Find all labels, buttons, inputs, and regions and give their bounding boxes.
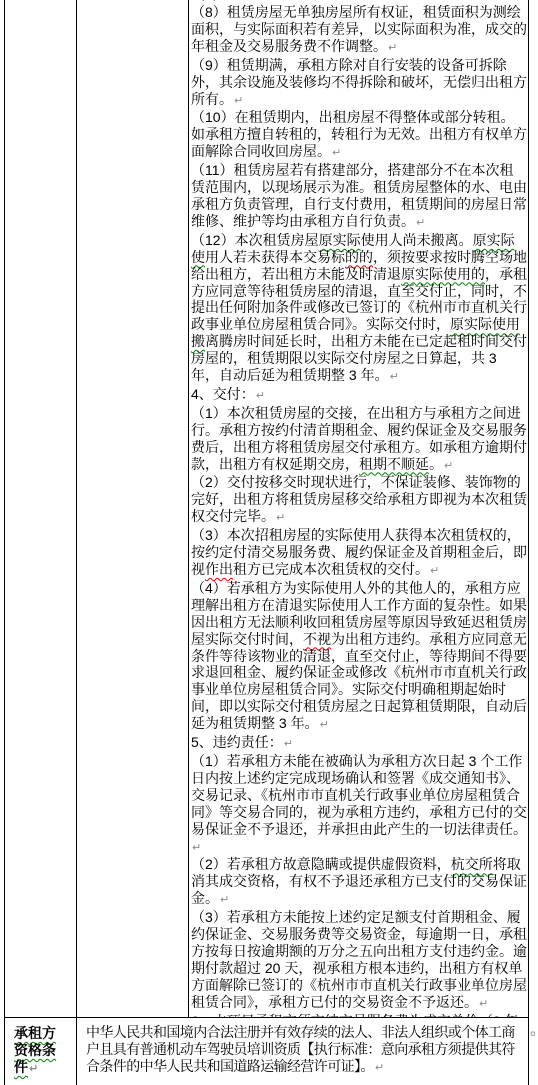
paragraph-mark-icon: ↵ xyxy=(255,390,265,402)
lease-terms-row: （7）…… （8）租赁房屋无单独房屋所有权证，租赁面积为测绘面积，与实际面积若有… xyxy=(5,0,528,1017)
clause-paragraph: （4）若承租方为实际使用人外的其他人的，承租方应理解出租方在清退实际使用人工作方… xyxy=(191,580,527,734)
clause-paragraph: （11）租赁房屋若有搭建部分，搭建部分不在本次租赁范围内，以现场展示为准。租赁房… xyxy=(191,162,527,232)
clause-text: 使用人尚未搬离。 xyxy=(361,232,473,248)
clause-text: （2）若承租方故意隐瞒或提供虚假资料， xyxy=(191,856,451,872)
paragraph-mark-icon: ↵ xyxy=(429,565,439,577)
paragraph-mark-icon: ↵ xyxy=(374,1062,384,1074)
spellcheck-green-text: 杭交所 xyxy=(451,856,493,872)
clause-text: 5、违约责任： xyxy=(191,734,283,750)
clause-text: （2）交付按移交时现状进行，不保证装修、装饰物的完好，出租方将租赁房屋移交给承租… xyxy=(191,474,527,524)
clause-paragraph: （3）本次招租房屋的实际使用人获得本次租赁权的，按约定付清交易服务费、履约保证金… xyxy=(191,527,527,580)
contract-table: （7）…… （8）租赁房屋无单独房屋所有权证，租赁面积为测绘面积，与实际面积若有… xyxy=(4,0,529,1085)
paragraph-mark-icon: ↵ xyxy=(28,1063,38,1075)
spellcheck-green-text: 原实际 xyxy=(319,232,361,248)
clause-text: 租方已完成本次租赁权的交付。 xyxy=(233,561,429,577)
paragraph-mark-icon: ↵ xyxy=(319,719,329,731)
clause-text: 中华人民共和国境内合法注册并有效存续的法人、非法人组织或个体工商户且具有普通机动… xyxy=(86,1024,515,1074)
clause-text: 。 xyxy=(429,456,443,472)
paragraph-mark-icon: ↵ xyxy=(275,512,285,524)
clause-text: 离腾房时间延长时，出租方未能在已定起租时间交付房屋的，租赁期限以实际交付房屋之日… xyxy=(191,333,527,383)
paragraph-mark-icon: ↵ xyxy=(191,842,201,854)
qualification-text: 中华人民共和国境内合法注册并有效存续的法人、非法人组织或个体工商户且具有普通机动… xyxy=(77,1018,528,1085)
clause-paragraph: （2）交付按移交时现状进行，不保证装修、装饰物的完好，出租方将租赁房屋移交给承租… xyxy=(191,474,527,527)
paragraph-mark-icon: ↵ xyxy=(387,42,397,54)
row-end-mark-icon: ¤ xyxy=(530,1030,536,1040)
clause-paragraph: 5、违约责任：↵ xyxy=(191,734,527,753)
paragraph-mark-icon: ↵ xyxy=(478,998,488,1010)
qualification-requirement-text: 中华人民共和国境内合法注册并有效存续的法人、非法人组织或个体工商户且具有普通机动… xyxy=(86,1024,523,1077)
paragraph-mark-icon: ↵ xyxy=(233,95,243,107)
clause-text: 4、交付： xyxy=(191,386,255,402)
paragraph-mark-icon: ↵ xyxy=(389,371,399,383)
paragraph-mark-icon: ↵ xyxy=(283,738,293,750)
qualification-row: 承租方资格条件↵ 中华人民共和国境内合法注册并有效存续的法人、非法人组织或个体工… xyxy=(5,1017,528,1085)
clause-text: 用人若未获得本交易标 xyxy=(205,249,345,265)
lease-terms-cell: （7）…… （8）租赁房屋无单独房屋所有权证，租赁面积为测绘面积，与实际面积若有… xyxy=(189,0,528,1017)
clause-text: （8）租赁房屋无单独房屋所有权证，租赁面积为测绘面积，与实际面积若有差异，以实际… xyxy=(191,4,527,54)
clause-text: （11）租赁房屋若有搭建部分，搭建部分不在本次租赁范围内，以现场展示为准。租赁房… xyxy=(191,162,527,229)
clause-paragraph: （1）本次租赁房屋的交接，在出租方与承租方之间进行。承租方按约付清首期租金、履约… xyxy=(191,405,527,475)
spellcheck-green-text: 原实际使用的 xyxy=(401,266,485,282)
clause-paragraph: （3）若承租方未能按上述约定足额支付首期租金、履约保证金、交易服务费等交易资金，… xyxy=(191,909,527,1012)
spellcheck-red-text: 不视 xyxy=(303,631,331,647)
spellcheck-red-text: 的的 xyxy=(345,249,373,265)
document-page: （7）…… （8）租赁房屋无单独房屋所有权证，租赁面积为测绘面积，与实际面积若有… xyxy=(0,0,538,1085)
spellcheck-red-text: 作出 xyxy=(205,561,233,577)
clause-paragraph: 4、交付：↵ xyxy=(191,386,527,405)
main-clauses-cell: （8）租赁房屋无单独房屋所有权证，租赁面积为测绘面积，与实际面积若有差异，以实际… xyxy=(191,4,527,1017)
empty-cell-left xyxy=(5,0,77,1017)
clause-text: （3）若承租方未能按上述约定足额支付首期租金、履约保证金、交易服务费等交易资金，… xyxy=(191,909,527,1010)
clause-paragraph: （12）本次租赁房屋原实际使用人尚未搬离。原实际使用人若未获得本交易标的的，须按… xyxy=(191,232,527,386)
clause-text: （12）本次租赁房屋 xyxy=(191,232,319,248)
clause-paragraph: （2）若承租方故意隐瞒或提供虚假资料，杭交所将取消其成交资格，有权不予退还承租方… xyxy=(191,856,527,909)
paragraph-mark-icon: ↵ xyxy=(443,460,453,472)
qualification-label: 承租方资格条件↵ xyxy=(5,1018,77,1085)
clause-text: （10）在租赁期内，出租房屋不得整体或部分转租。如承租方擅自转租的，转租行为无效… xyxy=(191,109,527,159)
clause-paragraph: （10）在租赁期内，出租房屋不得整体或部分转租。如承租方擅自转租的，转租行为无效… xyxy=(191,109,527,162)
clause-paragraph: （1）若承租方未能在被确认为承租方次日起 3 个工作日内按上述约定完成现场确认和… xyxy=(191,753,527,856)
qualification-label-text: 承租方资格条件↵ xyxy=(14,1025,62,1078)
clause-paragraph: （8）租赁房屋无单独房屋所有权证，租赁面积为测绘面积，与实际面积若有差异，以实际… xyxy=(191,4,527,57)
paragraph-mark-icon: ↵ xyxy=(415,217,425,229)
clause-paragraph: （9）租赁期满，承租方除对自行安装的设备可拆除外，其余设施及装修均不得拆除和破坏… xyxy=(191,57,527,110)
clause-text: （1）若承租方未能在被确认为承租方次日起 3 个工作日内按上述约定完成现场确认和… xyxy=(191,753,527,837)
paragraph-mark-icon: ↵ xyxy=(331,147,341,159)
paragraph-mark-icon: ↵ xyxy=(219,894,229,906)
spellcheck-green-text: 租期不顺延 xyxy=(359,456,429,472)
empty-cell-middle xyxy=(77,0,189,1017)
